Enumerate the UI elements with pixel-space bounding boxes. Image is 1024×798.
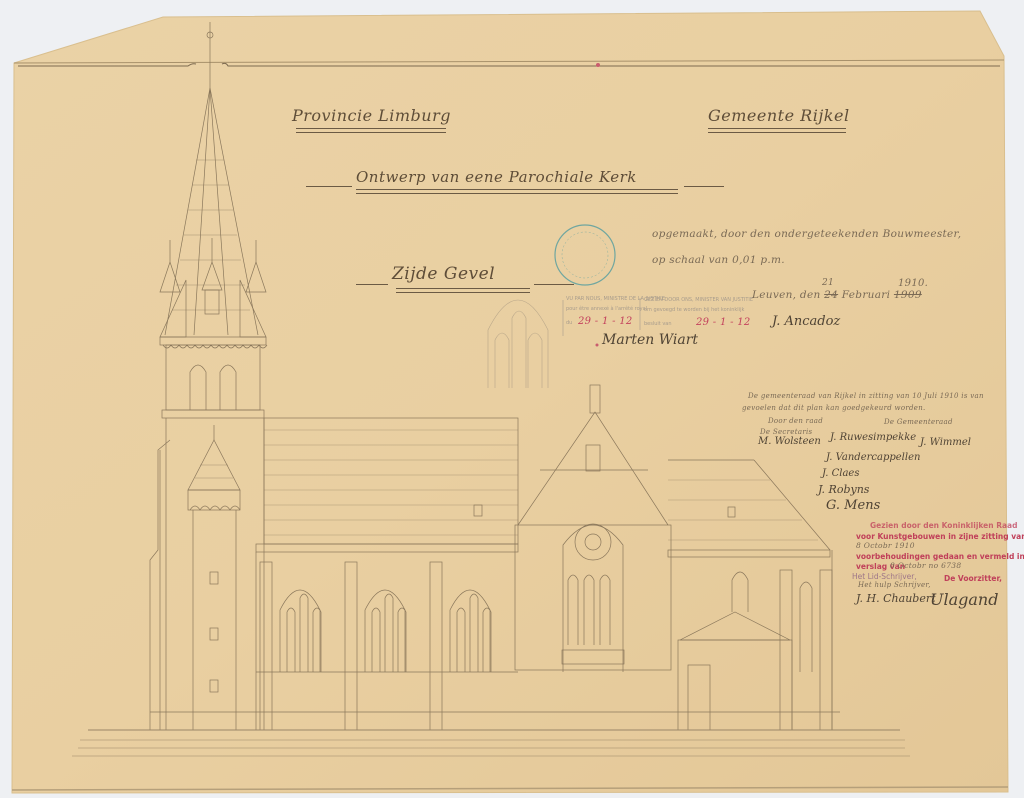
- day-original: 24: [824, 289, 838, 301]
- year-original: 1909: [894, 289, 922, 301]
- commission-chair-signature: Ulagand: [930, 590, 998, 609]
- place-date: Leuven, den 24 Februari 1909: [752, 289, 922, 301]
- council-signature-3: J. Claes: [822, 468, 859, 479]
- ministry-stamp-fr-du: du: [566, 320, 572, 326]
- day-corrected: 21: [822, 278, 834, 288]
- commission-secretary-signature: J. H. Chaubert: [856, 592, 936, 605]
- architect-note-line2: op schaal van 0,01 p.m.: [652, 254, 785, 266]
- ministry-stamp-nl-line2: om gevoegd te worden bij het koninklijk: [644, 307, 744, 313]
- council-signature-5: G. Mens: [826, 498, 880, 513]
- ministry-stamp-fr-line2: pour être annexé à l'arrêté royal: [566, 306, 647, 312]
- commission-line3: voorbehoudingen gedaan en vermeld in het: [856, 552, 1024, 561]
- council-line5: De Gemeenteraad: [884, 418, 953, 426]
- commission-report-hand: 8 Octobr no 6738: [890, 561, 961, 570]
- province-title: Provincie Limburg: [292, 106, 451, 125]
- architect-signature: J. Ancadoz: [772, 314, 840, 329]
- commission-line2: voor Kunstgebouwen in zijne zitting van: [856, 532, 1024, 541]
- council-line4: De Secretaris: [760, 428, 812, 436]
- year-corrected: 1910.: [898, 278, 928, 289]
- commission-chair-label: De Voorzitter,: [944, 574, 1002, 583]
- commission-secretary-label: Het Lid-Schrijver,: [852, 572, 917, 581]
- council-line1: De gemeenteraad van Rijkel in zitting va…: [748, 392, 984, 400]
- month: Februari: [842, 289, 890, 301]
- commission-line1: Gezien door den Koninklijken Raad: [870, 521, 1017, 530]
- council-signature-2: J. Vandercappellen: [826, 452, 920, 463]
- architect-note-line1: opgemaakt, door den ondergeteekenden Bou…: [652, 228, 961, 240]
- paper-outline: [12, 11, 1008, 793]
- council-signature-1: J. Ruwesimpekke: [830, 432, 916, 443]
- municipality-underline: [708, 128, 846, 133]
- project-title-underline: [356, 189, 678, 194]
- municipality-title: Gemeente Rijkel: [708, 106, 850, 125]
- place-label: Leuven, den: [752, 289, 821, 301]
- council-line3: Door den raad: [768, 417, 823, 425]
- council-signature-4: J. Robyns: [818, 483, 869, 496]
- ministry-stamp-nl-line1: GEZIEN DOOR ONS, MINISTER VAN JUSTITIE: [644, 297, 753, 303]
- ministry-date-right: 29 - 1 - 12: [696, 317, 751, 328]
- minister-signature: Marten Wiart: [602, 332, 698, 348]
- council-signature-0: M. Wolsteen: [758, 436, 821, 447]
- ministry-stamp-nl-besluit: besluit van: [644, 321, 672, 327]
- ministry-date-left: 29 - 1 - 12: [578, 316, 633, 327]
- view-title: Zijde Gevel: [392, 264, 495, 284]
- commission-date-hand: 8 Octobr 1910: [856, 541, 915, 550]
- council-line2: gevoelen dat dit plan kan goedgekeurd wo…: [742, 404, 926, 412]
- commission-secretary-hand: Het hulp Schrijver,: [858, 581, 931, 589]
- project-title: Ontwerp van eene Parochiale Kerk: [356, 168, 637, 186]
- council-signature-6: J. Wimmel: [920, 437, 971, 448]
- view-title-underline: [396, 288, 530, 293]
- province-underline: [296, 128, 446, 133]
